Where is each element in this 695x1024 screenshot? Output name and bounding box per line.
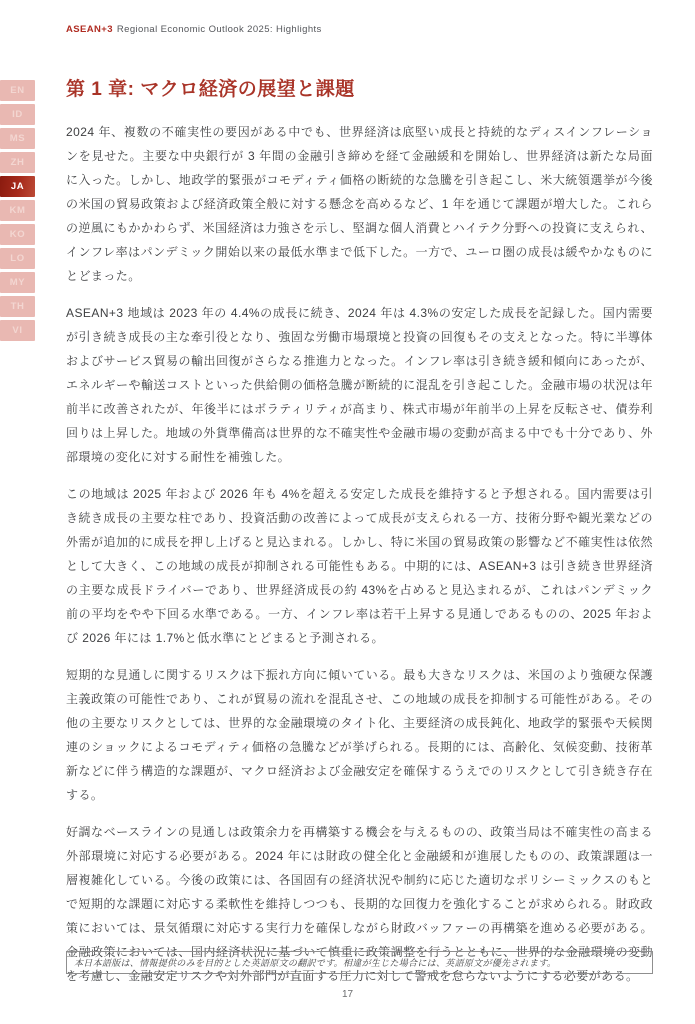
report-brand: ASEAN+3 [66,24,113,35]
lang-tab-km[interactable]: KM [0,200,35,221]
running-header: ASEAN+3Regional Economic Outlook 2025: H… [66,24,322,35]
lang-tab-id[interactable]: ID [0,104,35,125]
paragraph-2: ASEAN+3 地域は 2023 年の 4.4%の成長に続き、2024 年は 4… [66,301,653,469]
lang-tab-lo[interactable]: LO [0,248,35,269]
lang-tab-th[interactable]: TH [0,296,35,317]
paragraph-3: この地域は 2025 年および 2026 年も 4%を超える安定した成長を維持す… [66,482,653,650]
lang-tab-vi[interactable]: VI [0,320,35,341]
language-sidebar: EN ID MS ZH JA KM KO LO MY TH VI [0,80,35,341]
report-title: Regional Economic Outlook 2025: Highligh… [117,24,322,35]
paragraph-4: 短期的な見通しに関するリスクは下振れ方向に傾いている。最も大きなリスクは、米国の… [66,663,653,807]
paragraph-1: 2024 年、複数の不確実性の要因がある中でも、世界経済は底堅い成長と持続的なデ… [66,120,653,288]
lang-tab-ms[interactable]: MS [0,128,35,149]
lang-tab-ja-active[interactable]: JA [0,176,35,197]
lang-tab-zh[interactable]: ZH [0,152,35,173]
document-page: ASEAN+3Regional Economic Outlook 2025: H… [0,0,695,1024]
page-number: 17 [0,989,695,1000]
lang-tab-my[interactable]: MY [0,272,35,293]
chapter-title: 第 1 章: マクロ経済の展望と課題 [66,74,653,101]
chapter-body: 2024 年、複数の不確実性の要因がある中でも、世界経済は底堅い成長と持続的なデ… [66,120,653,988]
translation-disclaimer: 本日本語版は、情報提供のみを目的とした英語原文の翻訳です。相違が生じた場合には、… [66,951,653,974]
lang-tab-ko[interactable]: KO [0,224,35,245]
main-content: 第 1 章: マクロ経済の展望と課題 2024 年、複数の不確実性の要因がある中… [66,74,653,1001]
lang-tab-en[interactable]: EN [0,80,35,101]
